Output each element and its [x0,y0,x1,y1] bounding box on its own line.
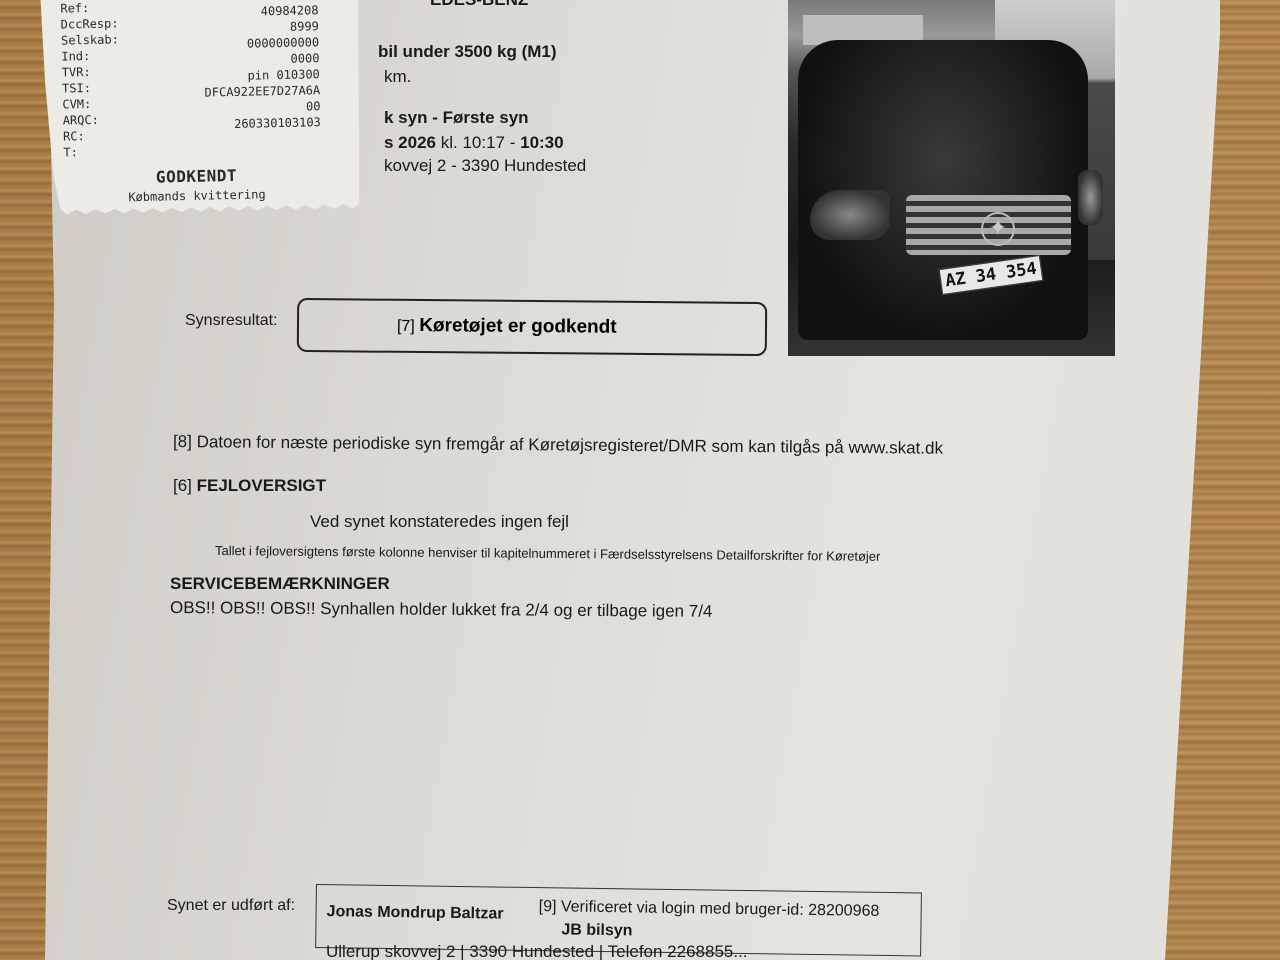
receipt-row-label: DccResp: [61,16,119,31]
verification-text: [9] Verificeret via login med bruger-id:… [539,898,880,921]
receipt-row-value: pin 010300 [247,67,320,83]
receipt-row-value: 0000 [290,51,319,66]
inspection-date: s 2026 kl. 10:17 - 10:30 [384,133,564,153]
receipt-row-value: 0000000000 [247,35,320,51]
payment-receipt: Ref:01DccResp:40984208Selskab:8999Ind:00… [40,0,363,222]
vehicle-category: bil under 3500 kg (M1) [378,42,557,62]
receipt-row-value: 01 [304,0,319,1]
result-label: Synsresultat: [185,312,277,330]
fault-result-text: Ved synet konstateredes ingen fejl [310,512,569,532]
service-remarks-text: OBS!! OBS!! OBS!! Synhallen holder lukke… [170,598,713,622]
vehicle-make: EDES-BENZ [430,0,528,10]
receipt-row-value: 8999 [290,19,319,34]
receipt-row-value: 00 [306,99,321,113]
fault-ref: [6] [173,476,197,495]
receipt-row-label: Selskab: [61,32,119,47]
receipt-row-label: RC: [63,129,85,143]
fault-footnote: Tallet i fejloversigtens første kolonne … [215,543,881,564]
next-inspection-note: [8] Datoen for næste periodiske syn frem… [173,432,943,459]
inspection-address: kovvej 2 - 3390 Hundested [384,156,586,176]
receipt-row-label: T: [63,145,78,159]
receipt-row-label: CVM: [62,97,91,112]
receipt-row-value: 40984208 [261,3,319,18]
fault-overview-heading: [6] FEJLOVERSIGT [173,476,326,496]
receipt-row-label: Ind: [61,49,90,64]
inspection-time-end: 10:30 [520,133,563,152]
inspection-type: k syn - Første syn [384,108,529,128]
inspection-date-year: s 2026 [384,133,436,152]
photo-headlight-right [1078,170,1103,225]
result-value: Køretøjet er godkendt [419,315,617,338]
receipt-row-value: DFCA922EE7D27A6A [204,83,320,99]
receipt-row-value: 260330103103 [234,115,321,131]
footer-address: Ullerup skovvej 2 | 3390 Hundested | Tel… [326,942,748,960]
service-remarks-title: SERVICEBEMÆRKNINGER [170,574,390,594]
inspection-time-start: kl. 10:17 - [436,133,520,152]
vehicle-mileage: km. [384,67,411,87]
signature-label: Synet er udført af: [167,897,295,915]
receipt-row-label: TSI: [62,81,91,96]
fault-title: FEJLOVERSIGT [197,476,326,495]
photo-headlight-left [810,190,890,240]
result-ref: [7] [397,318,419,335]
receipt-subtitle: Købmands kvittering [128,187,266,204]
inspector-name: Jonas Mondrup Baltzar [326,903,503,923]
receipt-status: GODKENDT [156,166,237,187]
mercedes-star-icon: ✦ [981,212,1015,246]
company-name: JB bilsyn [561,921,632,940]
result-text: [7] Køretøjet er godkendt [397,315,617,339]
vehicle-photo: ✦ AZ 34 354 [788,0,1115,356]
receipt-row-label: TVR: [62,65,91,80]
result-box: [7] Køretøjet er godkendt [297,298,767,356]
receipt-row-label: Ref: [60,1,89,16]
receipt-row-label: ARQC: [63,113,99,128]
